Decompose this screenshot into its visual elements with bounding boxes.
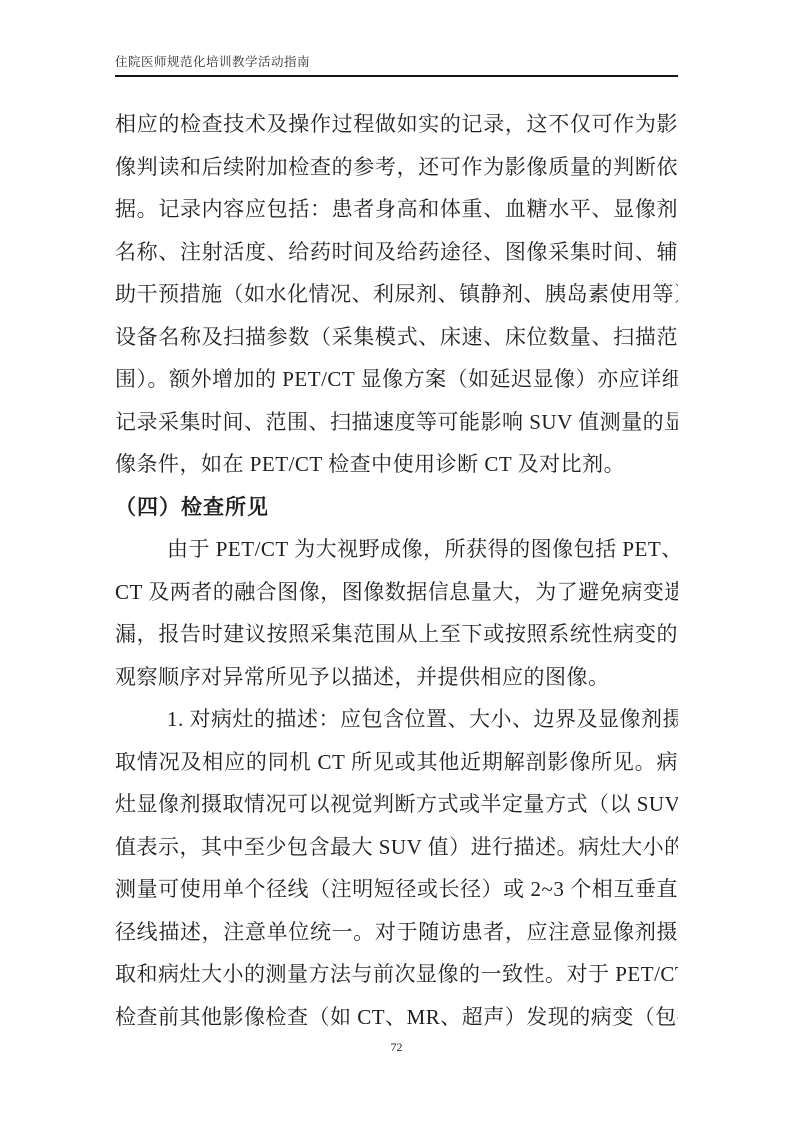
body-text-line: 助干预措施（如水化情况、利尿剂、镇静剂、胰岛素使用等）、 xyxy=(115,273,678,316)
body-text-line: 由于 PET/CT 为大视野成像，所获得的图像包括 PET、 xyxy=(115,528,678,571)
header-title: 住院医师规范化培训教学活动指南 xyxy=(115,55,310,69)
body-text-line: 漏，报告时建议按照采集范围从上至下或按照系统性病变的 xyxy=(115,613,678,656)
body-text-line: 相应的检查技术及操作过程做如实的记录，这不仅可作为影 xyxy=(115,103,678,146)
body-text-line: 围）。额外增加的 PET/CT 显像方案（如延迟显像）亦应详细 xyxy=(115,358,678,401)
body-text-line: 设备名称及扫描参数（采集模式、床速、床位数量、扫描范 xyxy=(115,316,678,359)
body-text-line: 记录采集时间、范围、扫描速度等可能影响 SUV 值测量的显 xyxy=(115,401,678,444)
body-text-line: CT 及两者的融合图像，图像数据信息量大，为了避免病变遗 xyxy=(115,571,678,614)
body-text-line: 像条件，如在 PET/CT 检查中使用诊断 CT 及对比剂。 xyxy=(115,443,678,486)
document-body: 相应的检查技术及操作过程做如实的记录，这不仅可作为影 像判读和后续附加检查的参考… xyxy=(115,103,678,1038)
document-page: 住院医师规范化培训教学活动指南 相应的检查技术及操作过程做如实的记录，这不仅可作… xyxy=(0,0,800,1131)
body-text-line: 名称、注射活度、给药时间及给药途径、图像采集时间、辅 xyxy=(115,231,678,274)
page-footer: 72 xyxy=(115,1040,678,1055)
body-text-line: 像判读和后续附加检查的参考，还可作为影像质量的判断依 xyxy=(115,146,678,189)
body-text-line: 据。记录内容应包括：患者身高和体重、血糖水平、显像剂 xyxy=(115,188,678,231)
body-text-line: 检查前其他影像检查（如 CT、MR、超声）发现的病变（包括 xyxy=(115,996,678,1039)
body-text-line: 观察顺序对异常所见予以描述，并提供相应的图像。 xyxy=(115,656,678,699)
section-heading: （四）检查所见 xyxy=(115,486,678,529)
body-text-line: 1. 对病灶的描述：应包含位置、大小、边界及显像剂摄 xyxy=(115,698,678,741)
body-text-line: 值表示，其中至少包含最大 SUV 值）进行描述。病灶大小的 xyxy=(115,826,678,869)
body-text-line: 测量可使用单个径线（注明短径或长径）或 2~3 个相互垂直 xyxy=(115,868,678,911)
body-text-line: 径线描述，注意单位统一。对于随访患者，应注意显像剂摄 xyxy=(115,911,678,954)
body-text-line: 取情况及相应的同机 CT 所见或其他近期解剖影像所见。病 xyxy=(115,741,678,784)
body-text-line: 取和病灶大小的测量方法与前次显像的一致性。对于 PET/CT xyxy=(115,953,678,996)
page-number: 72 xyxy=(391,1040,403,1054)
page-header: 住院医师规范化培训教学活动指南 xyxy=(115,52,678,77)
body-text-line: 灶显像剂摄取情况可以视觉判断方式或半定量方式（以 SUV xyxy=(115,783,678,826)
